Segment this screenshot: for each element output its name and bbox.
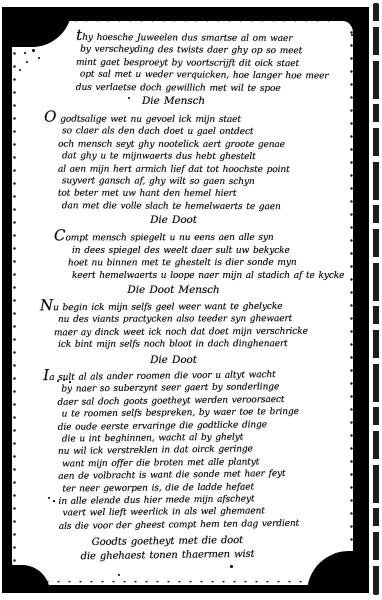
verse-line: al aen mijn hert armich lief dat tot hoo…	[58, 163, 353, 176]
verse-line: Nu begin ick mijn selfs geel weer want t…	[40, 297, 353, 314]
ink-speck	[63, 379, 65, 381]
verse-line: so claer als den dach doet u gael ontdec…	[62, 126, 353, 140]
ink-speck	[19, 69, 21, 71]
ink-speck	[351, 34, 353, 36]
ink-speck	[230, 565, 233, 568]
verse-line: in dees spiegel des weelt daer sult uw b…	[72, 245, 353, 257]
ink-speck	[118, 574, 120, 576]
verse-line: mint gaet besproeyt by voortscrijft dit …	[76, 57, 353, 71]
verse-line: nu des viants practycken also teeder syn…	[58, 313, 353, 326]
film-edge-strip	[373, 3, 379, 595]
ink-speck	[32, 49, 35, 52]
ink-speck	[26, 61, 28, 63]
verse-line: maer ay dinck weet ick noch dat doet mij…	[54, 325, 353, 339]
speaker-heading: Die Mensch	[12, 95, 335, 108]
verse-line: hoet nu binnen met te ghestelt is dier s…	[68, 257, 353, 270]
verse-block: thy hoesche Juweelen dus smartse al om w…	[12, 28, 353, 96]
verse-line: O godtsalige wet nu gevoel ick mijn stae…	[44, 111, 353, 127]
ink-speck	[57, 380, 59, 382]
manuscript-text: thy hoesche Juweelen dus smartse al om w…	[12, 21, 353, 585]
verse-line: dat ghy u te mijnwaerts dus hebt ghestel…	[62, 150, 353, 164]
verse-line: och mensch seyt ghy nootelick aert groot…	[58, 138, 353, 151]
speaker-heading: Die Doot Mensch	[12, 284, 335, 297]
verse-line: tot beter met uw hant den hemel hiert	[58, 188, 353, 201]
verse-line: keert hemelwaerts u loope naer mijn al s…	[72, 270, 353, 282]
verse-line: dan met die volle slach te hemelwaerts t…	[62, 200, 353, 214]
verse-line: dus verlaetse doch gewillich met wil te …	[76, 81, 353, 95]
ink-speck	[69, 381, 71, 383]
verse-block: Nu begin ick mijn selfs geel weer want t…	[12, 298, 353, 352]
closing-couplet: Goodts goetheyt met die dootdie ghehaest…	[12, 533, 323, 564]
ink-speck	[53, 500, 55, 502]
ink-speck	[336, 568, 339, 571]
speaker-heading: Die Doot	[12, 354, 335, 367]
ink-speck	[48, 497, 50, 499]
verse-block: Ia sult al als ander roomen die voor u a…	[12, 365, 353, 533]
manuscript-scan: thy hoesche Juweelen dus smartse al om w…	[0, 0, 382, 600]
ink-speck	[38, 57, 40, 59]
ink-speck	[24, 52, 26, 54]
speaker-heading: Die Doot	[12, 214, 335, 227]
verse-line: thy hoesche Juweelen dus smartse al om w…	[76, 29, 353, 46]
ink-speck	[128, 97, 130, 99]
verse-block: O godtsalige wet nu gevoel ick mijn stae…	[12, 110, 353, 214]
verse-line: Compt mensch spiegelt u nu eens aen alle…	[54, 229, 353, 245]
verse-line: ick bint mijn selfs noch bloot in dach d…	[58, 338, 353, 351]
verse-block: Compt mensch spiegelt u nu eens aen alle…	[12, 229, 353, 282]
